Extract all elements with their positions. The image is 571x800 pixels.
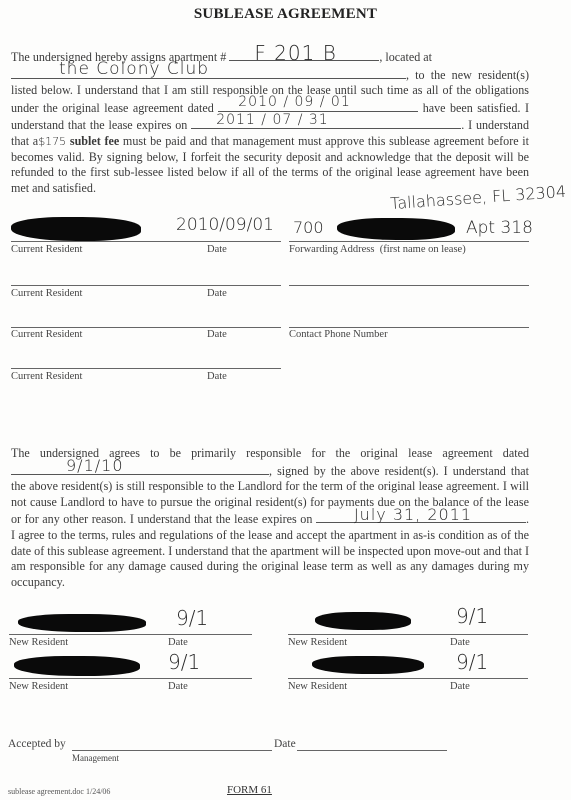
location-field[interactable]: the Colony Club	[11, 66, 406, 79]
forwarding-address-field[interactable]	[289, 241, 529, 242]
lease-expire-field[interactable]: 2011 / 07 / 31	[191, 116, 461, 129]
new-lease-expire-field[interactable]: July 31, 2011	[316, 510, 526, 523]
new-resident-4-signature[interactable]	[288, 678, 528, 679]
current-resident-1-signature[interactable]: 2010/09/01	[11, 205, 281, 242]
assignment-paragraph: The undersigned hereby assigns apartment…	[11, 48, 529, 196]
new-resident-3-signature[interactable]	[9, 678, 252, 679]
original-lease-date-field[interactable]: 9/1/10	[11, 462, 269, 475]
current-resident-2-signature[interactable]	[11, 285, 281, 286]
footer-filename: sublease agreement.doc 1/24/06	[8, 787, 110, 796]
current-resident-row-1: 2010/09/01	[11, 205, 281, 242]
new-resident-2-signature[interactable]	[288, 634, 528, 635]
redacted-signature	[315, 612, 411, 630]
footer-form-number: FORM 61	[227, 784, 272, 796]
apartment-field[interactable]: F 201 B	[229, 48, 379, 61]
new-resident-1-signature[interactable]	[9, 634, 252, 635]
redacted-signature	[11, 217, 141, 241]
new-resident-paragraph: The undersigned agrees to be primarily r…	[11, 446, 529, 590]
current-resident-3-signature[interactable]	[11, 327, 281, 328]
document-title: SUBLEASE AGREEMENT	[0, 6, 571, 23]
management-signature-field[interactable]	[72, 750, 272, 751]
redacted-signature	[14, 656, 140, 676]
acceptance-date-field[interactable]	[297, 750, 447, 751]
redacted-street	[337, 218, 455, 240]
forwarding-address-line-2[interactable]	[289, 285, 529, 286]
contact-phone-field[interactable]	[289, 327, 529, 328]
lease-date-field[interactable]: 2010 / 09 / 01	[218, 99, 418, 112]
current-resident-4-signature[interactable]	[11, 368, 281, 369]
sublet-fee-amount: $175	[38, 135, 66, 148]
redacted-signature	[18, 614, 146, 632]
redacted-signature	[312, 656, 424, 674]
